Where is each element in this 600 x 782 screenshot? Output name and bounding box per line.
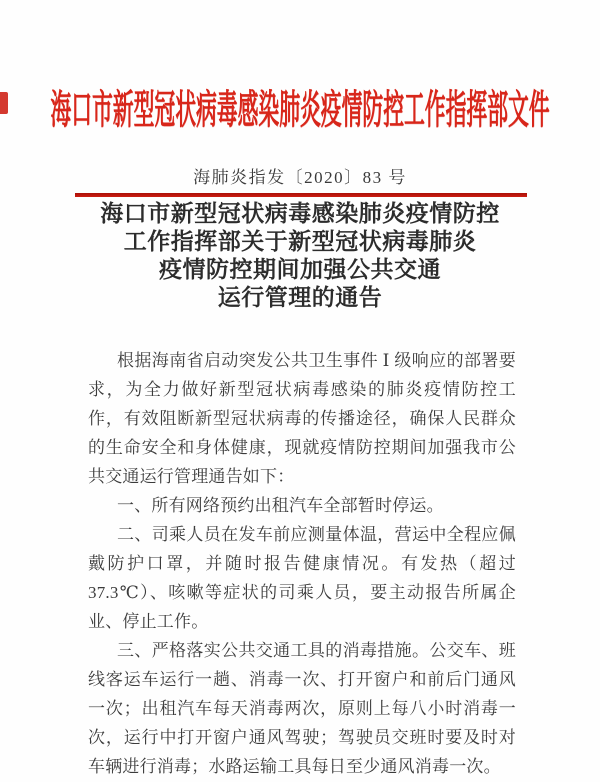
document-number: 海肺炎指发〔2020〕83 号 <box>0 163 600 188</box>
document-page: 海口市新型冠状病毒感染肺炎疫情防控工作指挥部文件 海肺炎指发〔2020〕83 号… <box>0 0 600 782</box>
notice-title-line-1: 海口市新型冠状病毒感染肺炎疫情防控 <box>0 200 600 228</box>
letterhead: 海口市新型冠状病毒感染肺炎疫情防控工作指挥部文件 <box>0 82 600 130</box>
notice-title-line-2: 工作指挥部关于新型冠状病毒肺炎 <box>0 228 600 256</box>
letterhead-title: 海口市新型冠状病毒感染肺炎疫情防控工作指挥部文件 <box>50 78 549 135</box>
notice-body: 根据海南省启动突发公共卫生事件 Ⅰ 级响应的部署要求，为全力做好新型冠状病毒感染… <box>88 346 516 781</box>
notice-title: 海口市新型冠状病毒感染肺炎疫情防控 工作指挥部关于新型冠状病毒肺炎 疫情防控期间… <box>0 200 600 312</box>
notice-title-line-4: 运行管理的通告 <box>0 284 600 312</box>
body-paragraph-item-3: 三、严格落实公共交通工具的消毒措施。公交车、班线客运车运行一趟、消毒一次、打开窗… <box>88 636 516 781</box>
red-separator-rule <box>75 193 527 197</box>
body-paragraph-item-2: 二、司乘人员在发车前应测量体温，营运中全程应佩戴防护口罩，并随时报告健康情况。有… <box>88 520 516 636</box>
body-paragraph-item-1: 一、所有网络预约出租汽车全部暂时停运。 <box>88 491 516 520</box>
body-paragraph-intro: 根据海南省启动突发公共卫生事件 Ⅰ 级响应的部署要求，为全力做好新型冠状病毒感染… <box>88 346 516 491</box>
notice-title-line-3: 疫情防控期间加强公共交通 <box>0 256 600 284</box>
